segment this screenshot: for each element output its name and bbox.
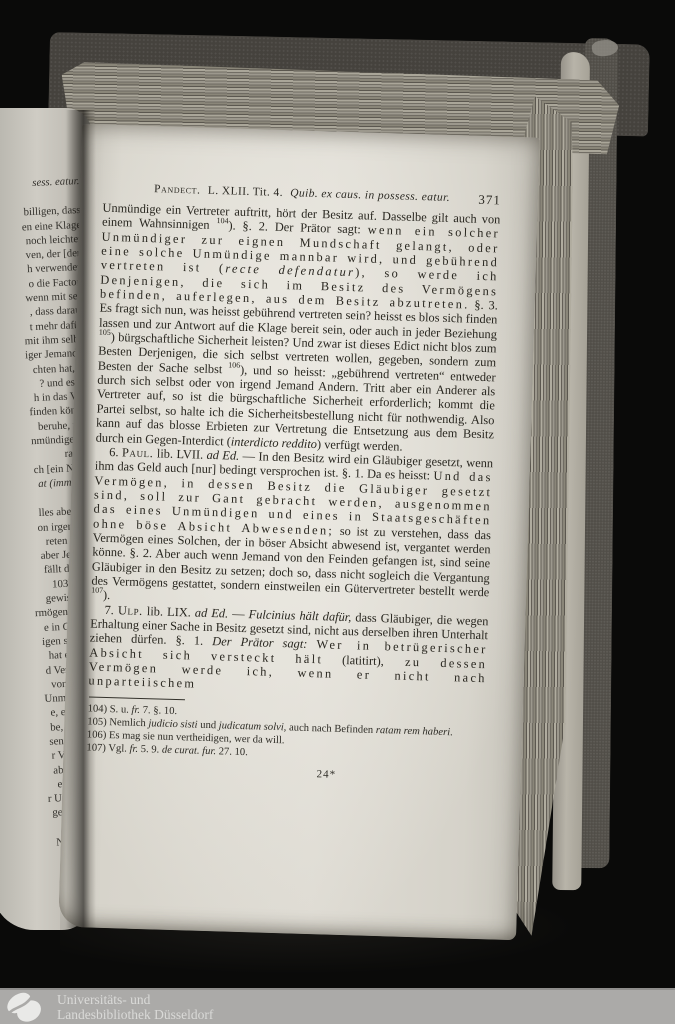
footnotes: 104) S. u. fr. 7. §. 10.105) Nemlich jud… [86, 702, 485, 766]
text-segment: und [197, 719, 219, 731]
text-segment: judicatum solvi [219, 720, 284, 733]
text-segment: lib. LVII. [153, 446, 207, 462]
text-segment: 7. §. 10. [140, 705, 177, 717]
right-page: Pandect. L. XLII. Tit. 4. Quib. ex caus.… [58, 124, 540, 940]
body-paragraph: 7. Ulp. lib. LIX. ad Ed. — Fulcinius häl… [88, 602, 488, 700]
library-name-line1: Universitäts- und [57, 992, 213, 1007]
text-segment: 104) S. u. [87, 703, 131, 715]
book-photo: sess. eatur.billigen, dassen eine Klagen… [0, 0, 675, 1024]
page-body: Unmündige ein Vertreter auftritt, hört d… [88, 201, 500, 700]
text-segment: , auch nach Befinden [284, 722, 376, 736]
left-page-text-fragment: sess. eatur. [0, 174, 80, 192]
text-segment: de curat. fur. [162, 744, 216, 757]
text-segment: 107) Vgl. [86, 742, 129, 754]
library-name-line2: Landesbibliothek Düsseldorf [57, 1007, 213, 1022]
text-segment: 104 [216, 216, 228, 225]
page-number: 371 [478, 192, 501, 209]
ulb-logo-icon [4, 991, 48, 1024]
header-work-title: Pandect. [154, 183, 201, 196]
text-segment: 5. 9. [138, 744, 162, 756]
text-segment: ). [103, 588, 111, 602]
body-paragraph: Unmündige ein Vertreter auftritt, hört d… [96, 201, 501, 457]
text-segment: Ulp. [118, 603, 143, 618]
text-segment: (latitirt) [342, 653, 381, 668]
text-segment: 107 [91, 586, 103, 595]
library-name: Universitäts- und Landesbibliothek Düsse… [57, 992, 213, 1022]
text-segment: 106 [228, 360, 240, 369]
text-segment: 27. 10. [216, 746, 248, 758]
signature-mark: 24* [316, 768, 483, 785]
library-banner: Universitäts- und Landesbibliothek Düsse… [0, 988, 675, 1024]
text-segment: 105) Nemlich [87, 716, 149, 729]
text-segment: lib. LIX. [143, 604, 195, 620]
body-paragraph: 6. Paul. lib. LVII. ad Ed. — In den Besi… [91, 444, 494, 614]
text-segment: Paul. [122, 445, 154, 460]
text-segment: ad Ed. [195, 605, 229, 620]
text-segment: fr. [129, 743, 138, 754]
text-segment: 7. [104, 603, 118, 617]
header-latin-title: Quib. ex caus. in possess. eatur. [290, 187, 450, 204]
text-segment: 6. [109, 445, 122, 459]
footnote-rule [89, 696, 185, 700]
header-citation: L. XLII. Tit. 4. [208, 185, 283, 199]
text-segment: . [450, 727, 453, 738]
text-segment: ratam rem haberi [376, 725, 451, 738]
text-segment: — [228, 606, 249, 621]
text-segment: 105 [99, 328, 111, 337]
text-segment: judicio sisti [148, 718, 197, 730]
text-segment: ad Ed. [206, 448, 239, 463]
